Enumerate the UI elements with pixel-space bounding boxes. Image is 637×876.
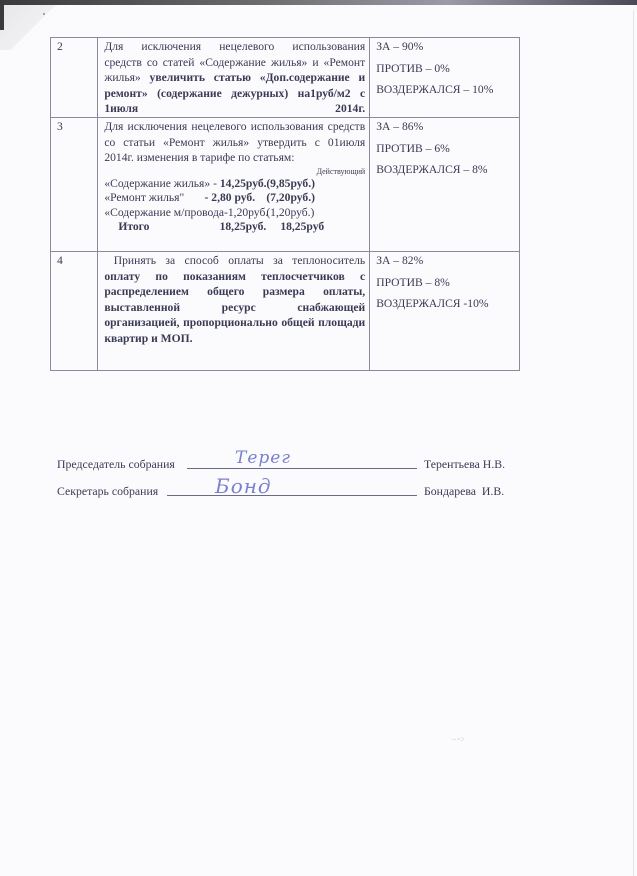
chair-role: Председатель собрания xyxy=(57,457,175,471)
tariff-header: Действующий xyxy=(104,166,365,177)
scan-edge-left xyxy=(0,0,4,30)
vote-abstained: ВОЗДЕРЖАЛСЯ -10% xyxy=(376,296,515,312)
item-question: Принять за способ оплаты за теплоносител… xyxy=(98,251,370,370)
question-text: жилья» xyxy=(104,71,140,84)
secretary-signature: Бонд xyxy=(215,474,272,498)
voting-results-table: 2 Для исключения нецелевого использовани… xyxy=(50,37,520,371)
question-text: Принять за способ оплаты за теплоносител… xyxy=(114,254,365,267)
vote-against: ПРОТИВ – 8% xyxy=(376,275,515,291)
tariff-new: 14,25руб. xyxy=(220,177,267,190)
chair-signature: Терег xyxy=(235,448,291,468)
table-row: 2 Для исключения нецелевого использовани… xyxy=(51,38,520,118)
item-question: Для исключения нецелевого использования … xyxy=(98,117,370,251)
vote-for: ЗА – 90% xyxy=(376,39,515,55)
tariff-name: «Содержание жилья» - xyxy=(104,177,220,190)
tariff-row: «Ремонт жилья" - 2,80 руб. (7,20руб.) xyxy=(104,191,365,206)
secretary-name: Бондарева И.В. xyxy=(424,484,504,498)
question-line: Для исключения нецелевого использования xyxy=(104,39,365,55)
tariff-current: (7,20руб.) xyxy=(266,191,346,206)
secretary-name-block: Бондарева И.В. xyxy=(424,484,504,499)
item-results: ЗА – 90% ПРОТИВ – 0% ВОЗДЕРЖАЛСЯ – 10% xyxy=(370,38,520,118)
total-new: 18,25руб. xyxy=(220,220,267,235)
item-results: ЗА – 86% ПРОТИВ – 6% ВОЗДЕРЖАЛСЯ – 8% xyxy=(370,117,520,251)
item-question: Для исключения нецелевого использования … xyxy=(98,38,370,118)
item-results: ЗА – 82% ПРОТИВ – 8% ВОЗДЕРЖАЛСЯ -10% xyxy=(370,251,520,370)
tariff-new: - 2,80 руб. xyxy=(205,191,256,204)
chair-name-block: Терентьева Н.В. xyxy=(424,457,505,472)
item-number: 2 xyxy=(51,38,98,118)
chair-signature-block: Председатель собрания xyxy=(57,457,175,472)
scan-edge-right xyxy=(633,10,634,876)
secretary-role: Секретарь собрания xyxy=(57,484,158,498)
total-current: 18,25руб xyxy=(280,220,360,235)
tariff-current: (1,20руб.) xyxy=(266,206,346,221)
secretary-signature-block: Секретарь собрания xyxy=(57,484,158,499)
vote-against: ПРОТИВ – 0% xyxy=(376,61,515,77)
vote-abstained: ВОЗДЕРЖАЛСЯ – 8% xyxy=(376,162,515,178)
item-number: 4 xyxy=(51,251,98,370)
scan-speck xyxy=(43,13,45,15)
tariff-total-row: Итого 18,25руб. 18,25руб xyxy=(104,220,365,235)
total-label: Итого xyxy=(118,220,149,235)
vote-abstained: ВОЗДЕРЖАЛСЯ – 10% xyxy=(376,82,515,98)
chair-signature-line xyxy=(187,468,417,469)
tariff-row: «Содержание жилья» - 14,25руб. (9,85руб.… xyxy=(104,177,365,192)
tariff-name: «Ремонт жилья" xyxy=(104,191,184,204)
question-bold-text: оплату по показаниям теплосчетчиков с ра… xyxy=(104,269,365,347)
chair-name: Терентьева Н.В. xyxy=(424,457,505,471)
scan-smudge: ·-⁃> xyxy=(451,737,471,743)
table-row: 3 Для исключения нецелевого использовани… xyxy=(51,117,520,251)
question-text: Для исключения нецелевого использования … xyxy=(104,119,365,166)
table-row: 4 Принять за способ оплаты за теплоносит… xyxy=(51,251,520,370)
vote-for: ЗА – 86% xyxy=(376,119,515,135)
tariff-current: (9,85руб.) xyxy=(266,177,346,192)
vote-for: ЗА – 82% xyxy=(376,253,515,269)
question-bold-text: увеличить статью «Доп.содержание и ремон… xyxy=(104,71,365,115)
item-number: 3 xyxy=(51,117,98,251)
question-line: средств со статей «Содержание жилья» и «… xyxy=(104,55,365,71)
tariff-name: «Содержание м/провода-1,20руб. xyxy=(104,206,266,221)
scan-edge-top xyxy=(0,0,637,5)
tariff-row: «Содержание м/провода-1,20руб. (1,20руб.… xyxy=(104,206,365,221)
secretary-signature-line xyxy=(167,495,417,496)
vote-against: ПРОТИВ – 6% xyxy=(376,141,515,157)
